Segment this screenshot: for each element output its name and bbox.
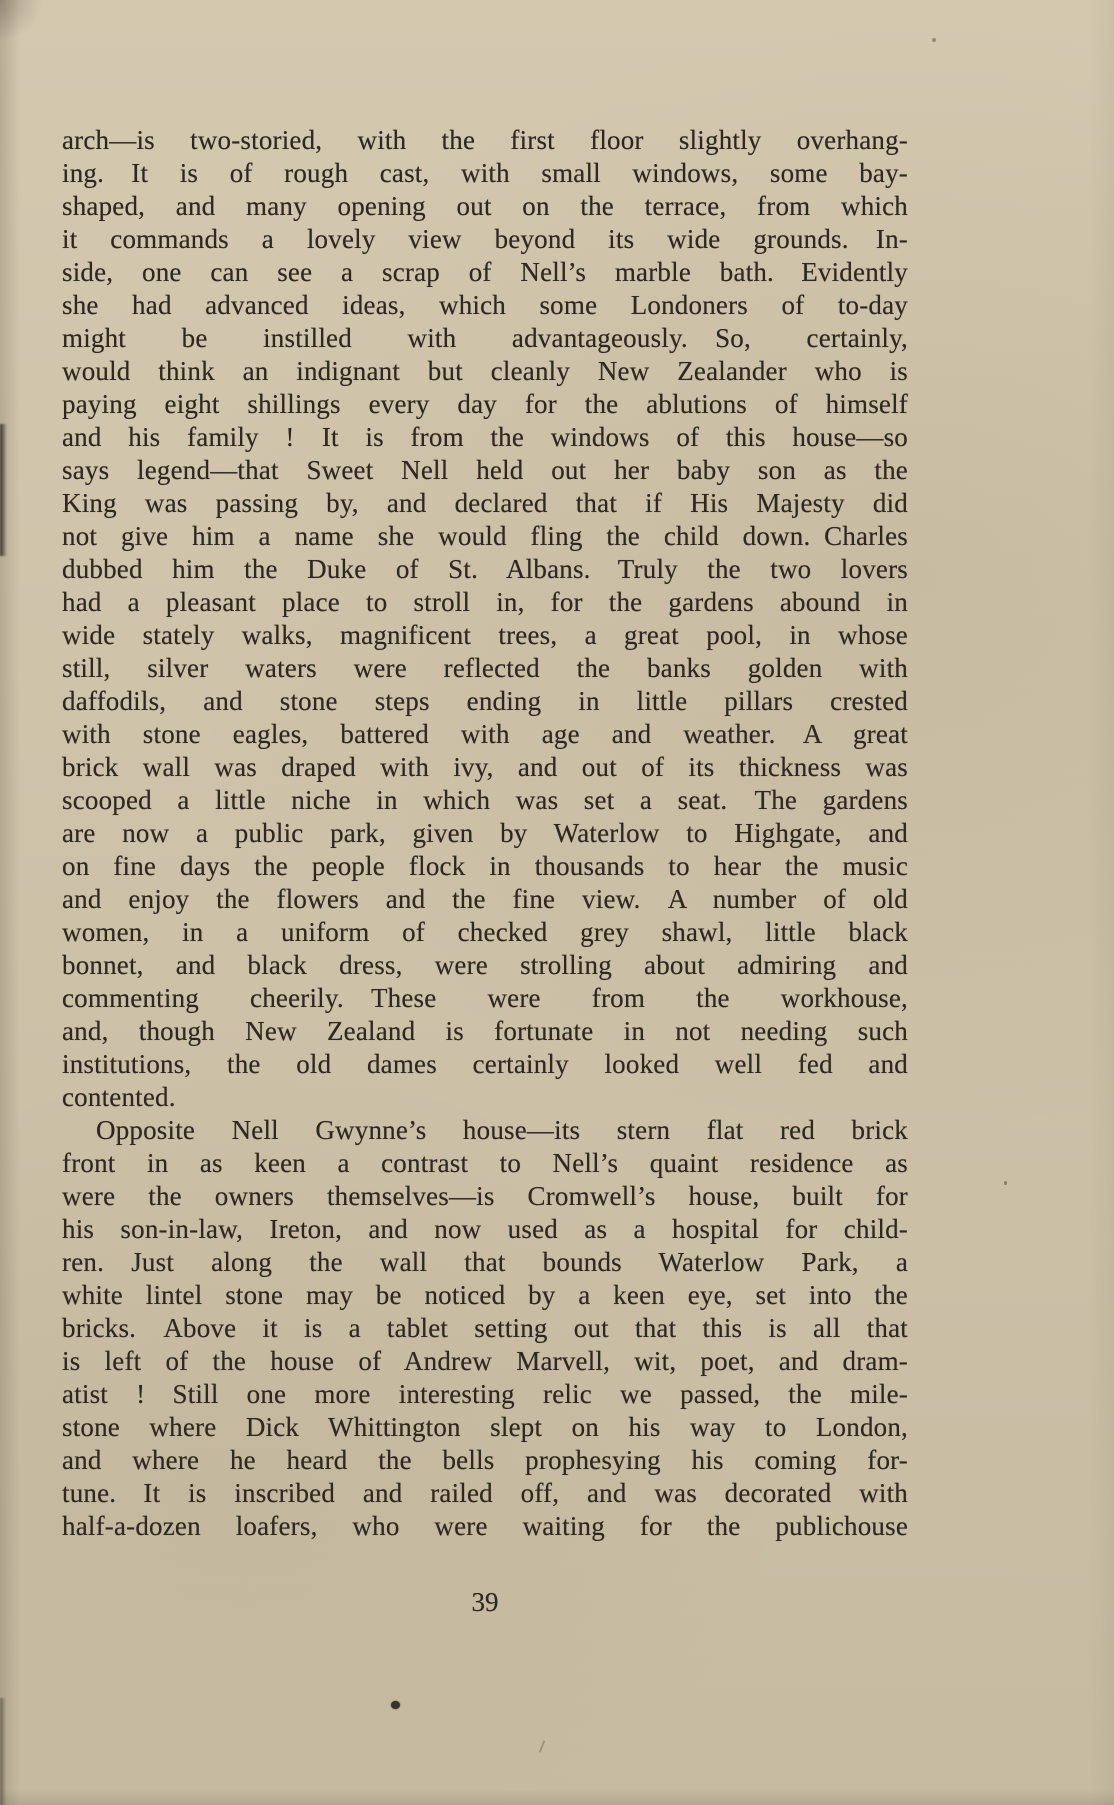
scan-edge-mark-bottom <box>0 1698 6 1805</box>
text-line: white lintel stone may be noticed by a k… <box>62 1279 908 1312</box>
text-line: commenting cheerily. These were from the… <box>62 982 908 1015</box>
text-line: might be instilled with advantageously. … <box>62 322 908 355</box>
scan-edge-mark <box>0 424 7 556</box>
text-line: atist ! Still one more interesting relic… <box>62 1378 908 1411</box>
text-line: and enjoy the flowers and the fine view.… <box>62 883 908 916</box>
text-line: stone where Dick Whittington slept on hi… <box>62 1411 908 1444</box>
text-line: she had advanced ideas, which some Londo… <box>62 289 908 322</box>
text-line: bricks. Above it is a tablet setting out… <box>62 1312 908 1345</box>
text-line: half-a-dozen loafers, who were waiting f… <box>62 1510 908 1543</box>
paper-speck <box>932 38 936 42</box>
text-line: institutions, the old dames certainly lo… <box>62 1048 908 1081</box>
page-number: 39 <box>62 1586 908 1619</box>
page-text: arch—is two-storied, with the first floo… <box>62 124 908 1543</box>
text-line: would think an indignant but cleanly New… <box>62 355 908 388</box>
text-line: is left of the house of Andrew Marvell, … <box>62 1345 908 1378</box>
text-line: dubbed him the Duke of St. Albans. Truly… <box>62 553 908 586</box>
text-line: had a pleasant place to stroll in, for t… <box>62 586 908 619</box>
text-line: daffodils, and stone steps ending in lit… <box>62 685 908 718</box>
text-line: and where he heard the bells prophesying… <box>62 1444 908 1477</box>
text-line: and his family ! It is from the windows … <box>62 421 908 454</box>
text-line: his son-in-law, Ireton, and now used as … <box>62 1213 908 1246</box>
text-line: contented. <box>62 1081 908 1114</box>
ink-dot-mark <box>391 1701 400 1709</box>
text-line: arch—is two-storied, with the first floo… <box>62 124 908 157</box>
paper-scratch <box>539 1740 546 1753</box>
text-line: shaped, and many opening out on the terr… <box>62 190 908 223</box>
text-line: scooped a little niche in which was set … <box>62 784 908 817</box>
text-line: says legend—that Sweet Nell held out her… <box>62 454 908 487</box>
text-line: still, silver waters were reflected the … <box>62 652 908 685</box>
text-line: tune. It is inscribed and railed off, an… <box>62 1477 908 1510</box>
text-line: wide stately walks, magnificent trees, a… <box>62 619 908 652</box>
text-line: bonnet, and black dress, were strolling … <box>62 949 908 982</box>
text-line: ren. Just along the wall that bounds Wat… <box>62 1246 908 1279</box>
text-line: are now a public park, given by Waterlow… <box>62 817 908 850</box>
text-line: and, though New Zealand is fortunate in … <box>62 1015 908 1048</box>
text-line: on fine days the people flock in thousan… <box>62 850 908 883</box>
text-line: it commands a lovely view beyond its wid… <box>62 223 908 256</box>
paper-speck <box>1004 1181 1007 1185</box>
text-line: King was passing by, and declared that i… <box>62 487 908 520</box>
text-line: not give him a name she would fling the … <box>62 520 908 553</box>
text-line: women, in a uniform of checked grey shaw… <box>62 916 908 949</box>
text-line: paying eight shillings every day for the… <box>62 388 908 421</box>
text-line: with stone eagles, battered with age and… <box>62 718 908 751</box>
text-line: side, one can see a scrap of Nell’s marb… <box>62 256 908 289</box>
text-line: were the owners themselves—is Cromwell’s… <box>62 1180 908 1213</box>
text-line: front in as keen a contrast to Nell’s qu… <box>62 1147 908 1180</box>
text-line: brick wall was draped with ivy, and out … <box>62 751 908 784</box>
text-line: ing. It is of rough cast, with small win… <box>62 157 908 190</box>
book-page: arch—is two-storied, with the first floo… <box>0 0 1114 1805</box>
text-line: Opposite Nell Gwynne’s house—its stern f… <box>62 1114 908 1147</box>
